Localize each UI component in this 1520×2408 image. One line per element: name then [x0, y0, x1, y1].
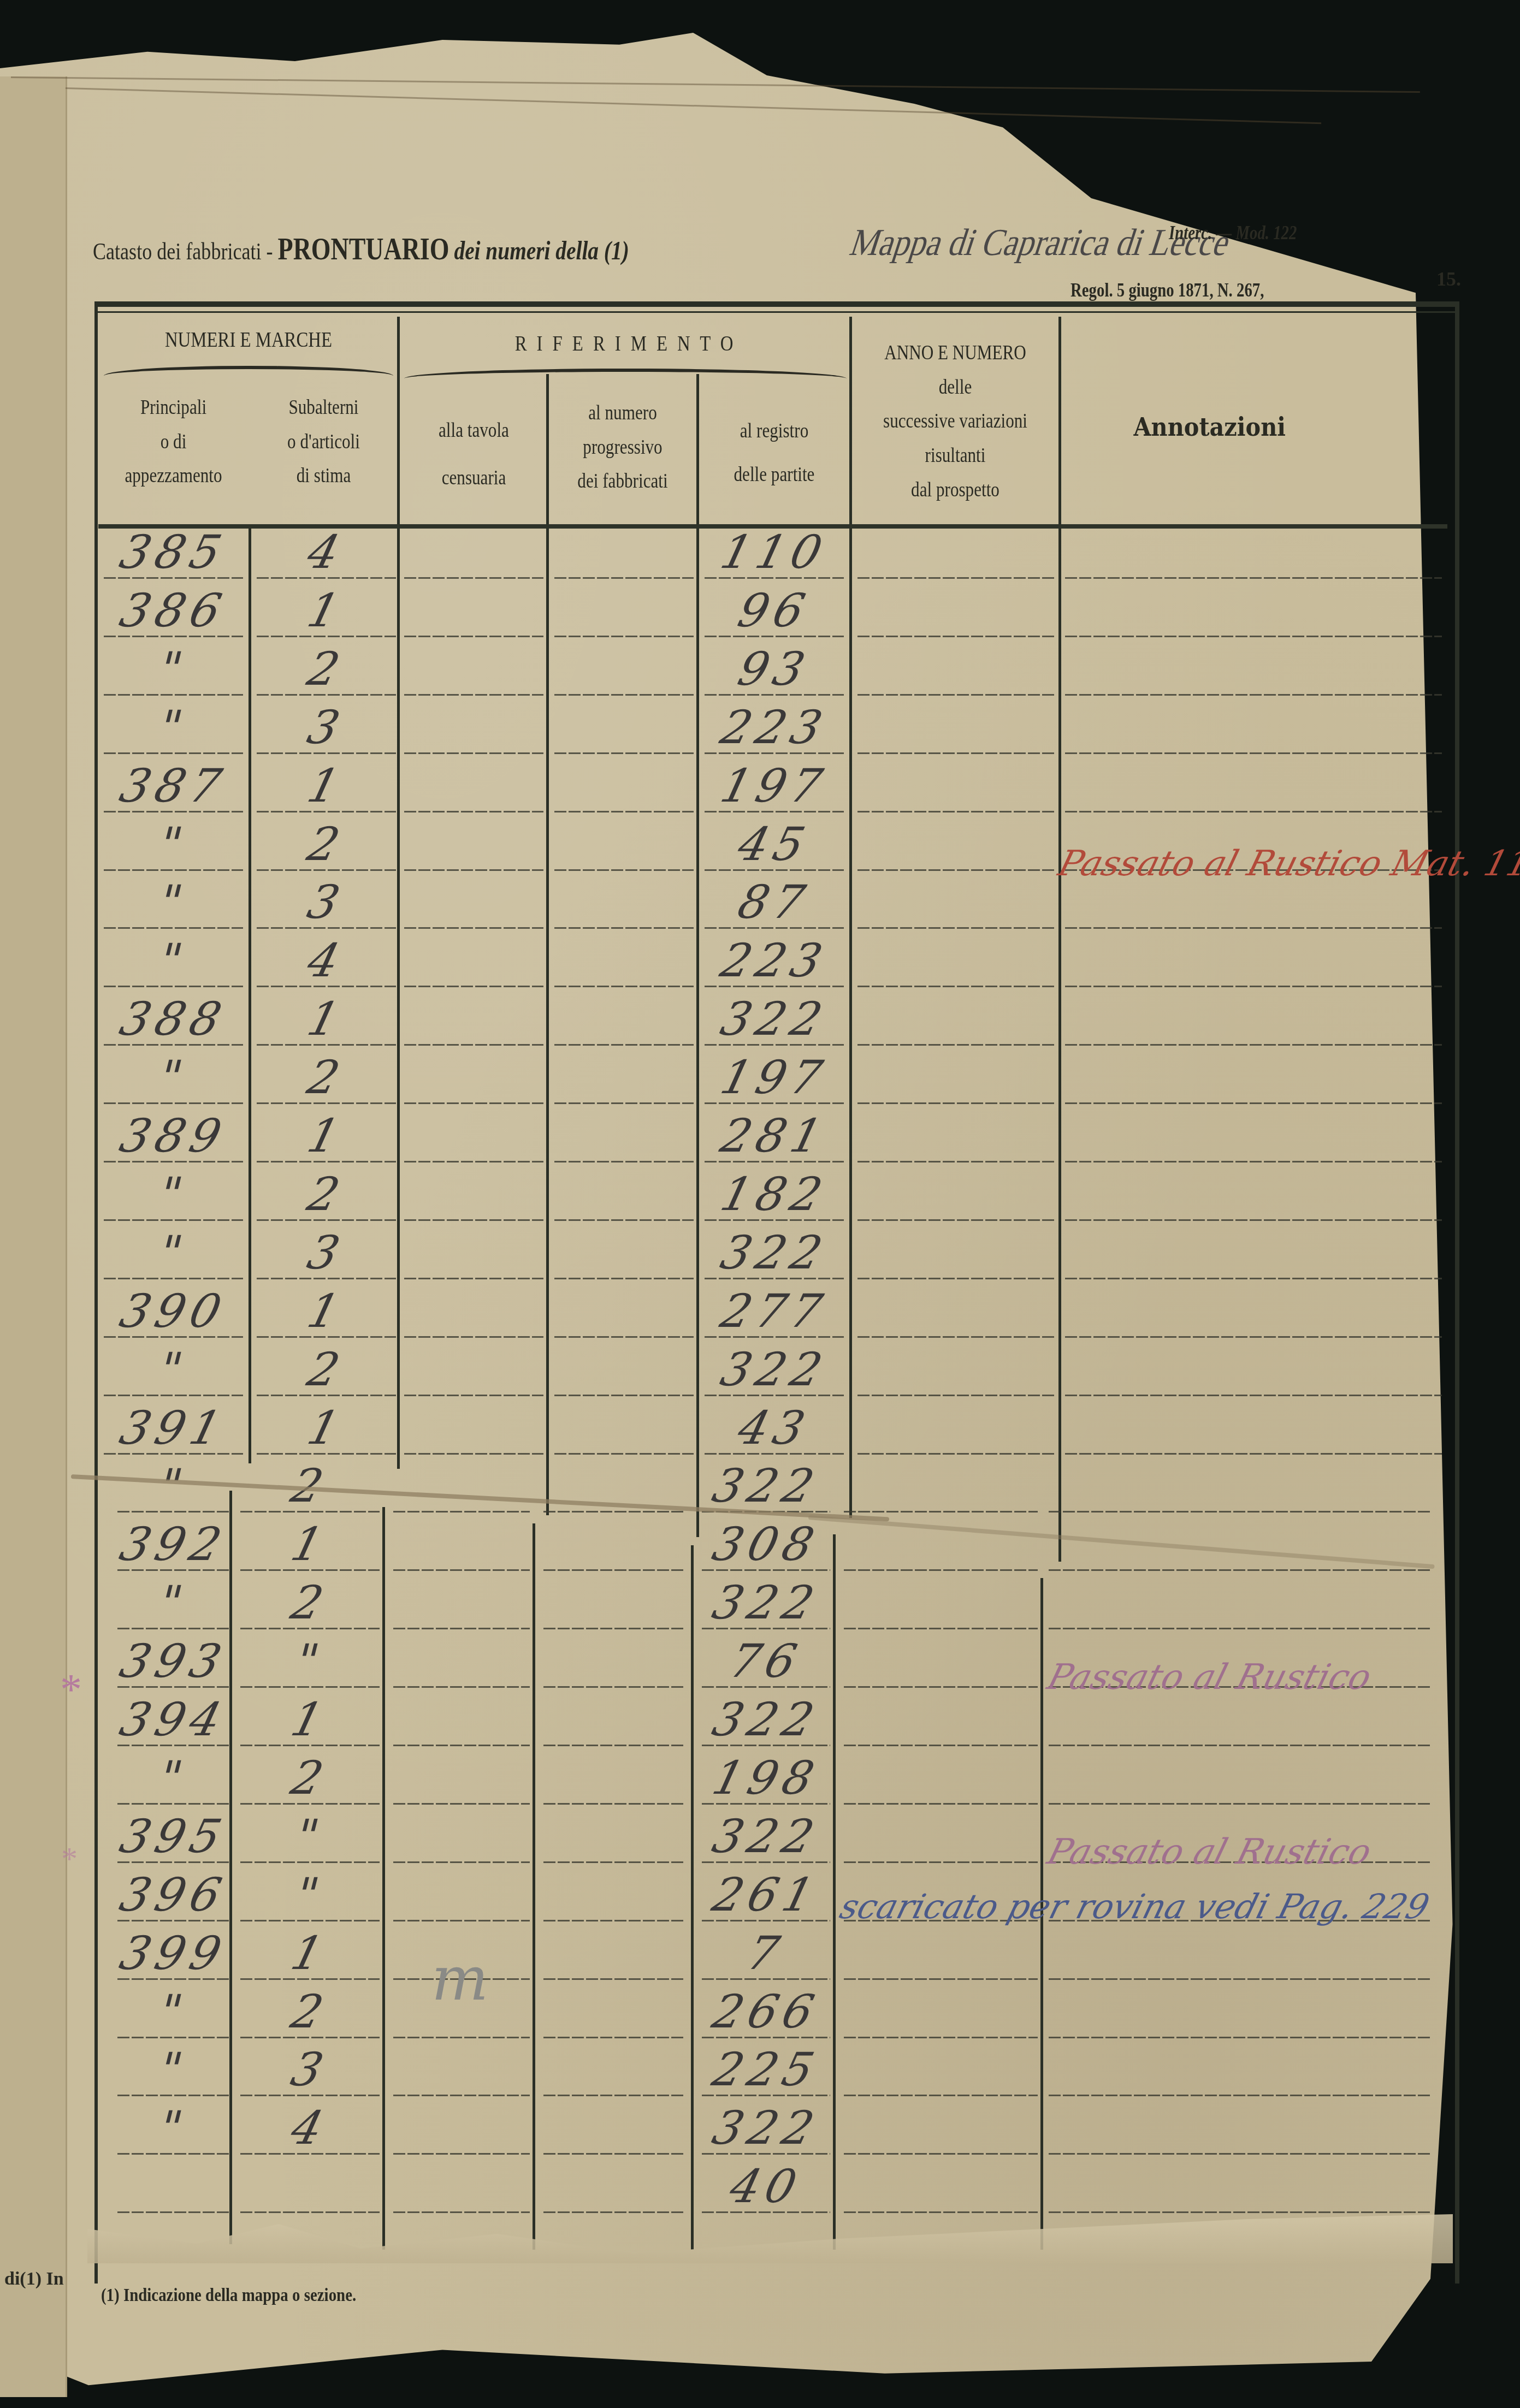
cell-principali: 388 — [97, 992, 250, 1046]
row-rule — [393, 2153, 530, 2155]
cell-subalterni: 2 — [250, 642, 403, 696]
row-rule — [554, 1278, 694, 1279]
underlying-sheet-edge — [0, 76, 67, 2397]
row-rule — [857, 986, 1054, 987]
cell-registro: 322 — [695, 2101, 837, 2155]
row-rule — [844, 2095, 1038, 2096]
row-rule — [404, 1453, 543, 1455]
row-rule — [554, 927, 694, 929]
row-rule — [393, 1511, 530, 1513]
cell-principali: 394 — [111, 1693, 236, 1746]
cell-registro: 277 — [698, 1284, 850, 1338]
column-divider — [533, 1523, 535, 2250]
row-rule — [404, 1044, 543, 1046]
row-rule — [404, 1219, 543, 1221]
cell-subalterni: 1 — [250, 759, 403, 812]
page-number: 15. — [1436, 268, 1461, 290]
cell-subalterni: 3 — [234, 2043, 386, 2096]
row-rule — [554, 694, 694, 696]
cell-subalterni: 1 — [234, 1693, 386, 1746]
row-rule — [1049, 2211, 1431, 2213]
cell-principali: " — [111, 1576, 236, 1629]
cell-principali: " — [97, 1051, 250, 1104]
row-rule — [1065, 1395, 1442, 1396]
cell-principali: 396 — [111, 1868, 236, 1921]
row-rule — [857, 1278, 1054, 1279]
row-rule — [1065, 1278, 1442, 1279]
cell-principali: 392 — [111, 1517, 236, 1571]
row-rule — [1049, 1569, 1431, 1571]
cell-subalterni: 3 — [250, 1226, 403, 1279]
cell-principali: 385 — [97, 525, 250, 579]
cell-principali: " — [97, 701, 250, 754]
footnote: (1) Indicazione della mappa o sezione. — [101, 2285, 356, 2306]
row-rule — [554, 869, 694, 871]
row-rule — [844, 2037, 1038, 2038]
column-header-registro: al registro delle partite — [713, 410, 836, 497]
row-rule — [543, 1569, 685, 1571]
cell-subalterni: " — [234, 1634, 386, 1688]
row-rule — [1049, 1628, 1431, 1629]
row-rule — [554, 636, 694, 637]
cell-principali: " — [97, 642, 250, 696]
row-rule — [404, 1102, 543, 1104]
cell-registro: 266 — [695, 1985, 837, 2038]
row-rule — [857, 1453, 1054, 1455]
cell-registro: 261 — [695, 1868, 837, 1921]
row-rule — [1065, 986, 1442, 987]
row-rule — [543, 2037, 685, 2038]
column-divider — [546, 374, 549, 1515]
row-rule — [857, 1161, 1054, 1163]
row-rule — [1065, 927, 1442, 929]
row-rule — [554, 1395, 694, 1396]
row-rule — [554, 986, 694, 987]
cell-registro: 223 — [698, 934, 850, 987]
cell-subalterni: 1 — [250, 1284, 403, 1338]
row-rule — [543, 1978, 685, 1980]
row-rule — [117, 2211, 229, 2213]
cell-registro: 40 — [695, 2160, 837, 2213]
row-rule — [554, 1219, 694, 1221]
row-rule — [404, 577, 543, 579]
row-rule — [554, 1453, 694, 1455]
row-rule — [844, 2153, 1038, 2155]
cell-principali: " — [97, 817, 250, 871]
row-rule — [404, 1336, 543, 1338]
row-rule — [393, 1628, 530, 1629]
cell-registro: 322 — [698, 992, 850, 1046]
row-rule — [857, 636, 1054, 637]
row-rule — [404, 927, 543, 929]
annotation-note: Passato al Rustico — [1043, 1832, 1375, 1872]
cell-principali: 395 — [111, 1810, 236, 1863]
group-header-riferimento: R I F E R I M E N T O — [444, 330, 807, 356]
row-rule — [857, 694, 1054, 696]
cell-principali: 390 — [97, 1284, 250, 1338]
row-rule — [844, 1628, 1038, 1629]
annotation-note: Passato al Rustico — [1043, 1657, 1375, 1698]
row-rule — [554, 1336, 694, 1338]
cell-subalterni: 2 — [234, 1985, 386, 2038]
cell-subalterni: 1 — [250, 1109, 403, 1163]
regulation-reference: Regol. 5 giugno 1871, N. 267, — [1070, 278, 1264, 301]
cell-registro: 45 — [698, 817, 850, 871]
row-rule — [543, 1745, 685, 1746]
row-rule — [543, 1920, 685, 1921]
page-title: Catasto dei fabbricati - PRONTUARIO dei … — [93, 232, 629, 267]
row-rule — [393, 2037, 530, 2038]
row-rule — [1065, 577, 1442, 579]
column-divider — [849, 317, 852, 1518]
column-header-principali: Principali o di appezzamento — [112, 390, 235, 493]
row-rule — [1049, 1511, 1431, 1513]
column-divider — [229, 1491, 232, 2244]
cell-principali: " — [111, 1751, 236, 1805]
row-rule — [554, 752, 694, 754]
row-rule — [393, 1920, 530, 1921]
row-rule — [844, 1511, 1038, 1513]
cell-subalterni: 2 — [250, 1051, 403, 1104]
underlying-page-footnote: di(1) In — [4, 2269, 64, 2290]
cell-principali: 386 — [97, 584, 250, 637]
row-rule — [844, 1861, 1038, 1863]
row-rule — [857, 1044, 1054, 1046]
cell-registro: 197 — [698, 759, 850, 812]
cell-principali: 399 — [111, 1926, 236, 1980]
pencil-mark: m — [431, 1944, 488, 2014]
cell-subalterni: 3 — [250, 701, 403, 754]
row-rule — [393, 2095, 530, 2096]
row-rule — [543, 1511, 685, 1513]
row-rule — [404, 1395, 543, 1396]
row-rule — [1065, 636, 1442, 637]
row-rule — [404, 1161, 543, 1163]
cell-registro: 197 — [698, 1051, 850, 1104]
cell-subalterni: 4 — [250, 525, 403, 579]
cell-registro: 322 — [698, 1343, 850, 1396]
row-rule — [844, 2211, 1038, 2213]
annotation-note: Passato al Rustico Mat. 1112 — [1054, 844, 1520, 884]
row-rule — [857, 752, 1054, 754]
cell-registro: 76 — [695, 1634, 837, 1688]
row-rule — [857, 1102, 1054, 1104]
cell-registro: 308 — [695, 1517, 837, 1571]
cell-principali: 391 — [97, 1401, 250, 1455]
cell-registro: 223 — [698, 701, 850, 754]
row-rule — [393, 1569, 530, 1571]
row-rule — [1065, 1044, 1442, 1046]
cell-principali: " — [111, 2101, 236, 2155]
cell-registro: 322 — [698, 1226, 850, 1279]
cell-subalterni: 4 — [234, 2101, 386, 2155]
row-rule — [543, 1686, 685, 1688]
row-rule — [1049, 1803, 1431, 1805]
cell-subalterni: " — [234, 1868, 386, 1921]
row-rule — [844, 1803, 1038, 1805]
row-rule — [393, 1803, 530, 1805]
row-rule — [857, 811, 1054, 812]
row-rule — [554, 1044, 694, 1046]
row-rule — [857, 1336, 1054, 1338]
cell-registro: 96 — [698, 584, 850, 637]
cell-principali: " — [97, 1343, 250, 1396]
cell-registro: 225 — [695, 2043, 837, 2096]
cell-subalterni: 2 — [250, 1167, 403, 1221]
cell-subalterni: 1 — [234, 1926, 386, 1980]
cell-registro: 322 — [695, 1810, 837, 1863]
row-rule — [240, 2211, 380, 2213]
title-main: PRONTUARIO — [278, 233, 450, 266]
cell-registro: 110 — [698, 525, 850, 579]
annotation-note: scaricato per rovina vedi Pag. 229 — [836, 1887, 1434, 1926]
row-rule — [393, 2211, 530, 2213]
form-code: Interc. — Mod. 122 — [1169, 221, 1297, 244]
title-prefix: Catasto dei fabbricati - — [93, 238, 273, 265]
row-rule — [393, 1861, 530, 1863]
column-header-subalterni: Subalterni o d'articoli di stima — [262, 390, 386, 493]
cell-subalterni: 1 — [250, 584, 403, 637]
cell-subalterni: " — [234, 1810, 386, 1863]
row-rule — [393, 1686, 530, 1688]
row-rule — [543, 2095, 685, 2096]
row-rule — [554, 811, 694, 812]
column-header-progressivo: al numero progressivo dei fabbricati — [562, 396, 683, 499]
row-rule — [543, 1628, 685, 1629]
row-rule — [543, 2211, 685, 2213]
column-divider — [691, 1545, 694, 2250]
cell-principali: 389 — [97, 1109, 250, 1163]
title-suffix: dei numeri della (1) — [454, 236, 629, 265]
cell-registro: 198 — [695, 1751, 837, 1805]
group-header-numeri-e-marche: NUMERI E MARCHE — [130, 327, 368, 352]
row-rule — [404, 694, 543, 696]
column-header-annotazioni: Annotazioni — [1133, 412, 1286, 442]
row-rule — [1049, 1745, 1431, 1746]
cell-principali: " — [97, 934, 250, 987]
row-rule — [554, 1161, 694, 1163]
row-rule — [404, 752, 543, 754]
cell-registro: 182 — [698, 1167, 850, 1221]
cell-subalterni: 2 — [250, 1343, 403, 1396]
row-rule — [554, 577, 694, 579]
row-rule — [857, 1219, 1054, 1221]
cell-principali: " — [97, 875, 250, 929]
row-rule — [543, 1803, 685, 1805]
cell-principali: 387 — [97, 759, 250, 812]
row-rule — [393, 1745, 530, 1746]
row-rule — [1049, 2095, 1431, 2096]
cell-principali: 393 — [111, 1634, 236, 1688]
row-rule — [404, 986, 543, 987]
row-rule — [1049, 2037, 1431, 2038]
row-rule — [844, 1745, 1038, 1746]
row-rule — [857, 927, 1054, 929]
row-rule — [554, 1102, 694, 1104]
row-rule — [844, 1686, 1038, 1688]
row-rule — [1065, 694, 1442, 696]
cell-subalterni: 2 — [234, 1751, 386, 1805]
cell-subalterni: 4 — [250, 934, 403, 987]
row-rule — [1065, 1219, 1442, 1221]
row-rule — [1065, 752, 1442, 754]
row-rule — [844, 1569, 1038, 1571]
cell-subalterni: 1 — [250, 1401, 403, 1455]
cell-subalterni: 2 — [250, 817, 403, 871]
row-rule — [857, 869, 1054, 871]
row-rule — [1065, 1336, 1442, 1338]
cell-registro: 7 — [695, 1926, 837, 1980]
cell-registro: 322 — [695, 1459, 837, 1513]
row-rule — [1065, 1161, 1442, 1163]
row-rule — [404, 636, 543, 637]
row-rule — [404, 869, 543, 871]
cell-registro: 87 — [698, 875, 850, 929]
row-rule — [857, 1395, 1054, 1396]
cell-subalterni: 2 — [234, 1576, 386, 1629]
cell-registro: 322 — [695, 1576, 837, 1629]
cell-principali: " — [97, 1167, 250, 1221]
row-rule — [844, 1978, 1038, 1980]
cell-subalterni: 3 — [250, 875, 403, 929]
cell-subalterni: 1 — [234, 1517, 386, 1571]
column-header-variazioni: ANNO E NUMERO delle successive variazion… — [871, 336, 1040, 507]
cell-registro: 43 — [698, 1401, 850, 1455]
row-rule — [543, 1861, 685, 1863]
cell-principali: " — [111, 1985, 236, 2038]
column-divider — [696, 374, 699, 1537]
row-rule — [857, 577, 1054, 579]
cell-principali: " — [97, 1226, 250, 1279]
cell-registro: 93 — [698, 642, 850, 696]
row-rule — [1065, 1102, 1442, 1104]
cell-subalterni: 1 — [250, 992, 403, 1046]
asterisk-mark: * — [61, 1840, 78, 1878]
row-rule — [1049, 1978, 1431, 1980]
column-divider — [1058, 317, 1061, 1562]
cell-registro: 322 — [695, 1693, 837, 1746]
cell-principali: " — [111, 2043, 236, 2096]
row-rule — [404, 1278, 543, 1279]
column-header-tavola: alla tavola censuaria — [415, 407, 533, 502]
row-rule — [1049, 2153, 1431, 2155]
row-rule — [1065, 1453, 1442, 1455]
row-rule — [543, 2153, 685, 2155]
row-rule — [404, 811, 543, 812]
cell-registro: 281 — [698, 1109, 850, 1163]
row-rule — [1065, 811, 1442, 812]
asterisk-mark: * — [60, 1665, 82, 1715]
